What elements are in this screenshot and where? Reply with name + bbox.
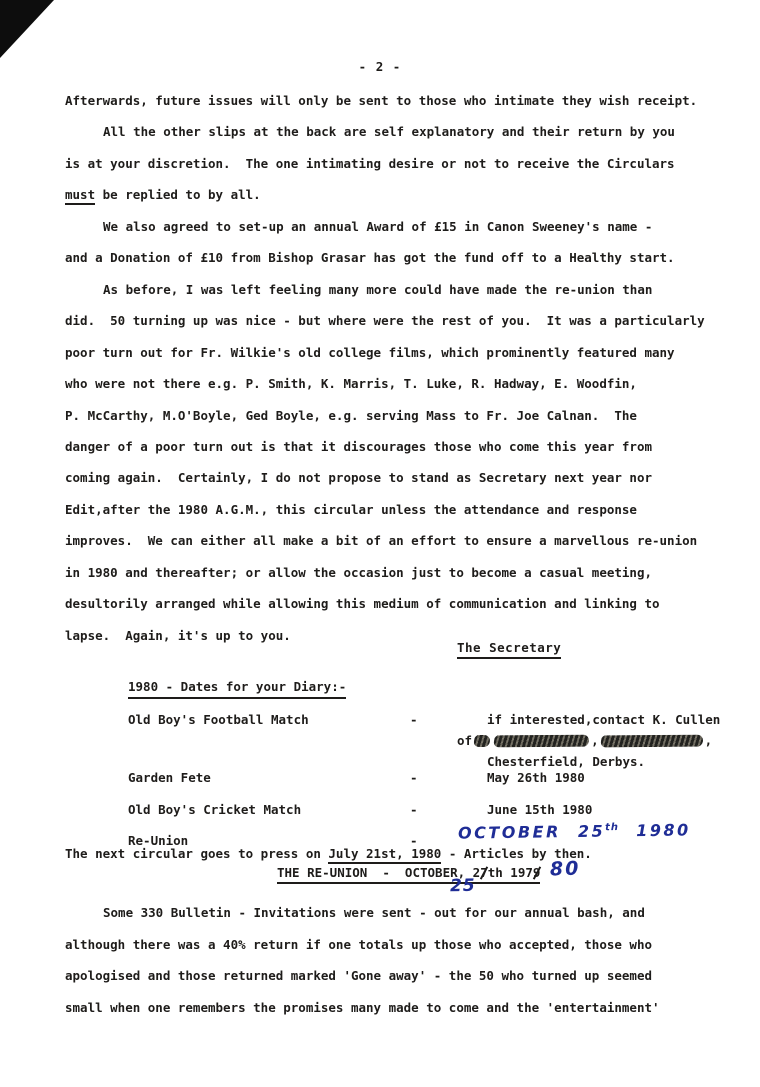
press-deadline-line: The next circular goes to press on July … bbox=[65, 846, 592, 861]
body-line: who were not there e.g. P. Smith, K. Mar… bbox=[65, 368, 745, 399]
body-line: Afterwards, future issues will only be s… bbox=[65, 85, 745, 116]
scribbled-town bbox=[600, 735, 704, 748]
diary-row-dash: - bbox=[410, 802, 418, 817]
hw-month: OCTOBER bbox=[458, 822, 561, 842]
underlined-word-must: must bbox=[65, 187, 95, 205]
main-paragraphs: Afterwards, future issues will only be s… bbox=[65, 85, 745, 651]
body-line: apologised and those returned marked 'Go… bbox=[65, 960, 745, 992]
body-line: coming again. Certainly, I do not propos… bbox=[65, 462, 745, 493]
contact-line-3: Chesterfield, Derbys. bbox=[487, 754, 645, 769]
diary-row-value: May 26th 1980 bbox=[487, 770, 585, 785]
diary-row-label: Old Boy's Football Match bbox=[128, 712, 309, 727]
hw-day: 25 bbox=[578, 822, 606, 841]
scan-corner-artifact bbox=[0, 0, 54, 58]
body-line: All the other slips at the back are self… bbox=[65, 116, 745, 147]
handwritten-corrected-year: 80 bbox=[550, 857, 581, 880]
contact-of: of bbox=[457, 733, 472, 748]
diary-row-dash: - bbox=[410, 712, 418, 727]
body-line: P. McCarthy, M.O'Boyle, Ged Boyle, e.g. … bbox=[65, 400, 745, 431]
body-line: poor turn out for Fr. Wilkie's old colle… bbox=[65, 337, 745, 368]
struck-digit: 7 bbox=[480, 865, 488, 880]
body-line: must be replied to by all. bbox=[65, 179, 745, 210]
body-line: lapse. Again, it's up to you. bbox=[65, 620, 745, 651]
diary-row-value: June 15th 1980 bbox=[487, 802, 592, 817]
hw-day-suffix: th bbox=[605, 822, 619, 833]
diary-row-dash: - bbox=[410, 770, 418, 785]
body-line: although there was a 40% return if one t… bbox=[65, 929, 745, 961]
scribbled-street bbox=[493, 735, 590, 748]
heading-part2: th 197 bbox=[488, 865, 533, 880]
comma: , bbox=[705, 733, 713, 748]
body-line: small when one remembers the promises ma… bbox=[65, 992, 745, 1024]
body-line: Some 330 Bulletin - Invitations were sen… bbox=[65, 897, 745, 929]
body-line: desultorily arranged while allowing this… bbox=[65, 588, 745, 619]
closing-paragraph: Some 330 Bulletin - Invitations were sen… bbox=[65, 897, 745, 1023]
body-line: improves. We can either all make a bit o… bbox=[65, 525, 745, 556]
page-number: - 2 - bbox=[0, 59, 760, 74]
body-line: As before, I was left feeling many more … bbox=[65, 274, 745, 305]
body-line: is at your discretion. The one intimatin… bbox=[65, 148, 745, 179]
scanned-document-page: - 2 - Afterwards, future issues will onl… bbox=[0, 0, 760, 1087]
contact-line-1: if interested,contact K. Cullen bbox=[487, 712, 720, 727]
dates-heading: 1980 - Dates for your Diary:- bbox=[128, 679, 346, 699]
press-prefix: The next circular goes to press on bbox=[65, 846, 328, 861]
body-line: and a Donation of £10 from Bishop Grasar… bbox=[65, 242, 745, 273]
body-line: We also agreed to set-up an annual Award… bbox=[65, 211, 745, 242]
handwritten-reunion-date: OCTOBER 25th 1980 bbox=[458, 820, 691, 842]
secretary-signoff: The Secretary bbox=[457, 640, 561, 659]
struck-digit: 9 bbox=[533, 865, 541, 880]
handwritten-corrected-day: 25 bbox=[450, 876, 476, 896]
diary-row-label: Garden Fete bbox=[128, 770, 211, 785]
body-line: did. 50 turning up was nice - but where … bbox=[65, 305, 745, 336]
comma: , bbox=[591, 733, 599, 748]
body-line: danger of a poor turn out is that it dis… bbox=[65, 431, 745, 462]
diary-row-label: Old Boy's Cricket Match bbox=[128, 802, 301, 817]
reunion-section-heading: THE RE-UNION - OCTOBER, 27th 197980 bbox=[277, 860, 581, 882]
body-line: in 1980 and thereafter; or allow the occ… bbox=[65, 557, 745, 588]
body-line: Edit,after the 1980 A.G.M., this circula… bbox=[65, 494, 745, 525]
hw-year: 1980 bbox=[636, 820, 691, 840]
contact-line-2: of,, bbox=[457, 733, 712, 748]
reunion-typed-heading: THE RE-UNION - OCTOBER, 27th 1979 bbox=[277, 865, 540, 884]
scribbled-house-number bbox=[473, 735, 491, 747]
body-line-rest: be replied to by all. bbox=[95, 187, 261, 202]
